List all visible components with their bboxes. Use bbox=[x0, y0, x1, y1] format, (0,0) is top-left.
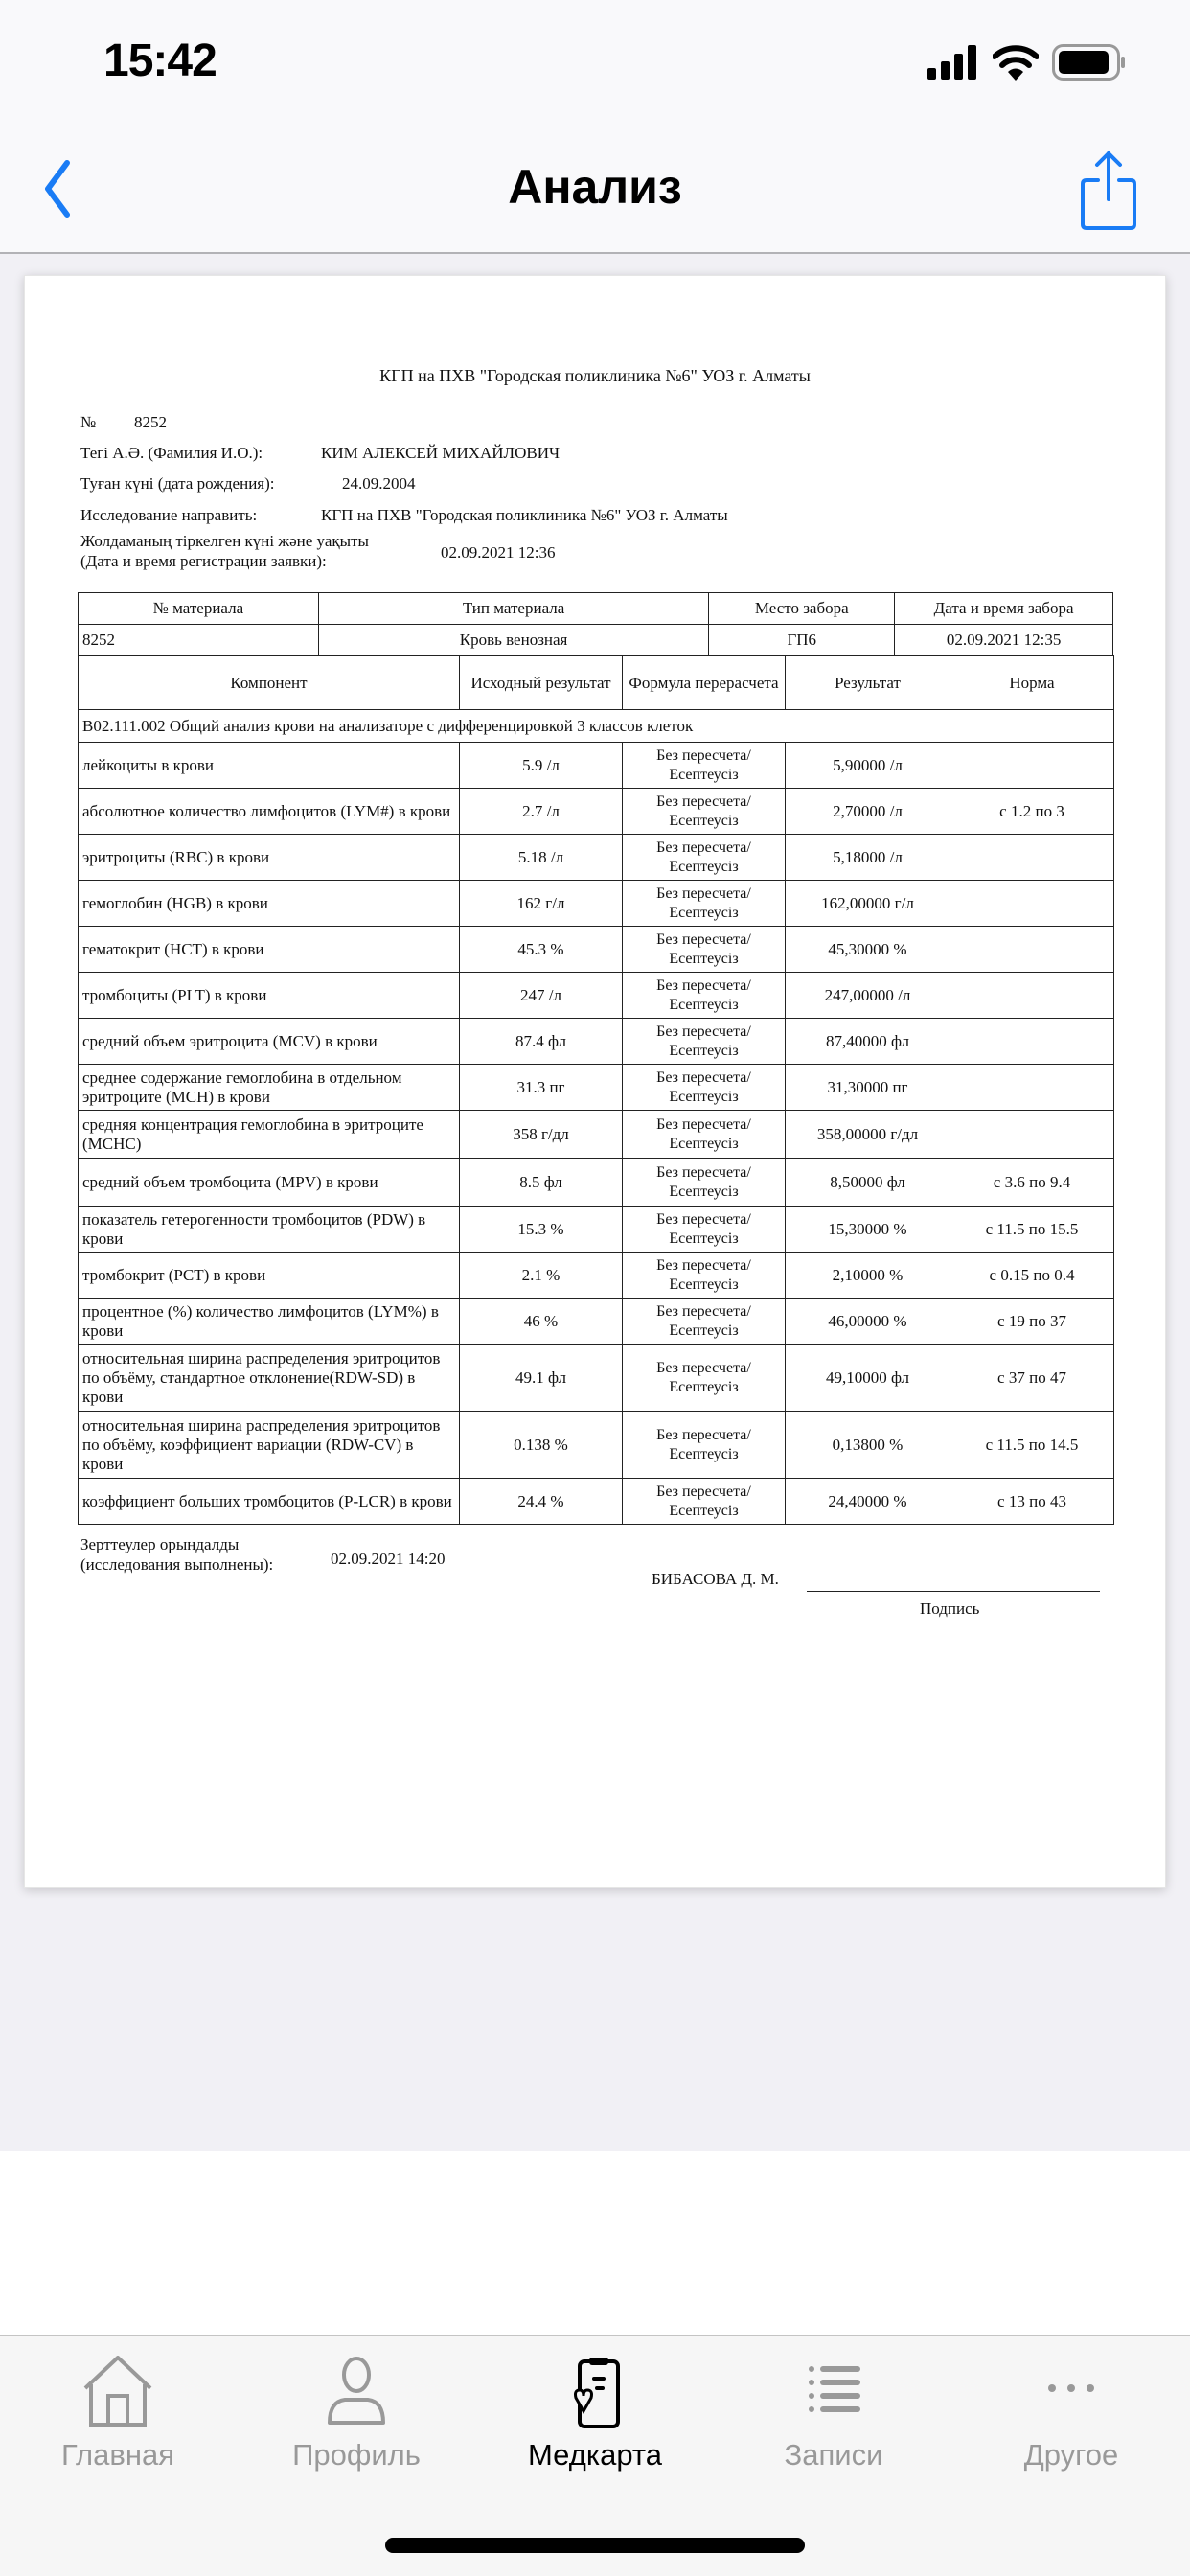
tab-label: Главная bbox=[12, 2438, 223, 2472]
component-name: показатель гетерогенности тромбоцитов (P… bbox=[79, 1207, 460, 1253]
tab-medcard[interactable]: Медкарта bbox=[490, 2356, 700, 2472]
result-value: 15,30000 % bbox=[786, 1207, 950, 1253]
tab-profile[interactable]: Профиль bbox=[251, 2356, 462, 2472]
registration-label-2: (Дата и время регистрации заявки): bbox=[80, 552, 327, 571]
norm-range bbox=[950, 1111, 1114, 1159]
header-cell: Тип материала bbox=[318, 593, 709, 625]
direct-label: Исследование направить: bbox=[80, 506, 257, 525]
header-cell: Норма bbox=[950, 656, 1114, 710]
result-value: 358,00000 г/дл bbox=[786, 1111, 950, 1159]
result-row: средняя концентрация гемоглобина в эритр… bbox=[79, 1111, 1114, 1159]
component-name: средний объем тромбоцита (MPV) в крови bbox=[79, 1159, 460, 1207]
result-row: гематокрит (HCT) в крови45.3 %Без пересч… bbox=[79, 927, 1114, 973]
raw-result: 358 г/дл bbox=[460, 1111, 623, 1159]
component-name: гематокрит (HCT) в крови bbox=[79, 927, 460, 973]
norm-range: с 1.2 по 3 bbox=[950, 789, 1114, 835]
norm-range: с 19 по 37 bbox=[950, 1299, 1114, 1345]
header-cell: Место забора bbox=[709, 593, 895, 625]
raw-result: 2.7 /л bbox=[460, 789, 623, 835]
raw-result: 162 г/л bbox=[460, 881, 623, 927]
document-viewer[interactable]: КГП на ПХВ "Городская поликлиника №6" УО… bbox=[0, 254, 1190, 2151]
tab-label: Записи bbox=[728, 2438, 939, 2472]
registration-value: 02.09.2021 12:36 bbox=[441, 543, 555, 563]
recalc-formula: Без пересчета/Есептеусіз bbox=[623, 881, 786, 927]
component-name: средний объем эритроцита (MCV) в крови bbox=[79, 1019, 460, 1065]
material-row: 8252 Кровь венозная ГП6 02.09.2021 12:35 bbox=[79, 625, 1113, 656]
status-icons bbox=[927, 44, 1127, 80]
section-row: B02.111.002 Общий анализ крови на анализ… bbox=[79, 710, 1114, 743]
results-header-row: Компонент Исходный результат Формула пер… bbox=[79, 656, 1114, 710]
norm-range: с 3.6 по 9.4 bbox=[950, 1159, 1114, 1207]
share-button[interactable] bbox=[1077, 149, 1140, 232]
result-value: 247,00000 /л bbox=[786, 973, 950, 1019]
norm-range bbox=[950, 973, 1114, 1019]
recalc-formula: Без пересчета/Есептеусіз bbox=[623, 1159, 786, 1207]
result-row: коэффициент больших тромбоцитов (P-LCR) … bbox=[79, 1479, 1114, 1525]
navigation-bar: Анализ bbox=[0, 125, 1190, 254]
raw-result: 45.3 % bbox=[460, 927, 623, 973]
completed-label: Зерттеулер орындалды (исследования выпол… bbox=[80, 1534, 273, 1575]
direct-value: КГП на ПХВ "Городская поликлиника №6" УО… bbox=[321, 506, 728, 525]
result-row: показатель гетерогенности тромбоцитов (P… bbox=[79, 1207, 1114, 1253]
result-row: относительная ширина распределения эритр… bbox=[79, 1345, 1114, 1412]
raw-result: 247 /л bbox=[460, 973, 623, 1019]
component-name: среднее содержание гемоглобина в отдельн… bbox=[79, 1065, 460, 1111]
results-table: Компонент Исходный результат Формула пер… bbox=[78, 655, 1114, 1525]
result-value: 31,30000 пг bbox=[786, 1065, 950, 1111]
recalc-formula: Без пересчета/Есептеусіз bbox=[623, 835, 786, 881]
raw-result: 5.18 /л bbox=[460, 835, 623, 881]
result-value: 162,00000 г/л bbox=[786, 881, 950, 927]
tab-home[interactable]: Главная bbox=[12, 2356, 223, 2472]
home-icon bbox=[80, 2356, 156, 2428]
tab-label: Другое bbox=[966, 2438, 1177, 2472]
header-cell: Компонент bbox=[79, 656, 460, 710]
medical-card-icon bbox=[557, 2356, 633, 2428]
raw-result: 0.138 % bbox=[460, 1412, 623, 1479]
raw-result: 46 % bbox=[460, 1299, 623, 1345]
component-name: коэффициент больших тромбоцитов (P-LCR) … bbox=[79, 1479, 460, 1525]
patient-name: КИМ АЛЕКСЕЙ МИХАЙЛОВИЧ bbox=[321, 444, 560, 463]
collection-datetime: 02.09.2021 12:35 bbox=[895, 625, 1113, 656]
wifi-icon bbox=[993, 44, 1039, 80]
recalc-formula: Без пересчета/Есептеусіз bbox=[623, 927, 786, 973]
raw-result: 5.9 /л bbox=[460, 743, 623, 789]
raw-result: 15.3 % bbox=[460, 1207, 623, 1253]
number-value: 8252 bbox=[134, 413, 167, 432]
status-bar: 15:42 bbox=[0, 0, 1190, 125]
recalc-formula: Без пересчета/Есептеусіз bbox=[623, 1345, 786, 1412]
home-indicator[interactable] bbox=[385, 2538, 805, 2553]
material-type: Кровь венозная bbox=[318, 625, 709, 656]
result-value: 8,50000 фл bbox=[786, 1159, 950, 1207]
tab-records[interactable]: Записи bbox=[728, 2356, 939, 2472]
share-icon bbox=[1077, 149, 1140, 232]
signature-label: Подпись bbox=[920, 1599, 979, 1619]
raw-result: 8.5 фл bbox=[460, 1159, 623, 1207]
completed-label-line-1: Зерттеулер орындалды bbox=[80, 1534, 273, 1554]
result-value: 5,18000 /л bbox=[786, 835, 950, 881]
result-value: 2,10000 % bbox=[786, 1253, 950, 1299]
result-value: 49,10000 фл bbox=[786, 1345, 950, 1412]
raw-result: 24.4 % bbox=[460, 1479, 623, 1525]
collection-place: ГП6 bbox=[709, 625, 895, 656]
result-row: тромбоциты (PLT) в крови247 /лБез пересч… bbox=[79, 973, 1114, 1019]
section-title: B02.111.002 Общий анализ крови на анализ… bbox=[79, 710, 1114, 743]
number-label: № bbox=[80, 413, 96, 432]
result-row: средний объем тромбоцита (MPV) в крови8.… bbox=[79, 1159, 1114, 1207]
result-value: 5,90000 /л bbox=[786, 743, 950, 789]
result-value: 45,30000 % bbox=[786, 927, 950, 973]
recalc-formula: Без пересчета/Есептеусіз bbox=[623, 1412, 786, 1479]
result-row: гемоглобин (HGB) в крови162 г/лБез перес… bbox=[79, 881, 1114, 927]
result-value: 0,13800 % bbox=[786, 1412, 950, 1479]
result-row: тромбокрит (PCT) в крови2.1 %Без пересче… bbox=[79, 1253, 1114, 1299]
material-header-row: № материала Тип материала Место забора Д… bbox=[79, 593, 1113, 625]
recalc-formula: Без пересчета/Есептеусіз bbox=[623, 789, 786, 835]
component-name: средняя концентрация гемоглобина в эритр… bbox=[79, 1111, 460, 1159]
result-row: лейкоциты в крови5.9 /лБез пересчета/Есе… bbox=[79, 743, 1114, 789]
completed-label-line-2: (исследования выполнены): bbox=[80, 1554, 273, 1575]
recalc-formula: Без пересчета/Есептеусіз bbox=[623, 1065, 786, 1111]
raw-result: 87.4 фл bbox=[460, 1019, 623, 1065]
norm-range: с 13 по 43 bbox=[950, 1479, 1114, 1525]
result-row: средний объем эритроцита (MCV) в крови87… bbox=[79, 1019, 1114, 1065]
organization-title: КГП на ПХВ "Городская поликлиника №6" УО… bbox=[25, 366, 1165, 386]
header-cell: Формула перерасчета bbox=[623, 656, 786, 710]
result-row: абсолютное количество лимфоцитов (LYM#) … bbox=[79, 789, 1114, 835]
result-value: 2,70000 /л bbox=[786, 789, 950, 835]
norm-range: с 0.15 по 0.4 bbox=[950, 1253, 1114, 1299]
component-name: эритроциты (RBC) в крови bbox=[79, 835, 460, 881]
status-time: 15:42 bbox=[103, 34, 217, 87]
result-value: 46,00000 % bbox=[786, 1299, 950, 1345]
header-cell: Результат bbox=[786, 656, 950, 710]
norm-range bbox=[950, 1065, 1114, 1111]
component-name: абсолютное количество лимфоцитов (LYM#) … bbox=[79, 789, 460, 835]
component-name: относительная ширина распределения эритр… bbox=[79, 1345, 460, 1412]
header-cell: Дата и время забора bbox=[895, 593, 1113, 625]
raw-result: 49.1 фл bbox=[460, 1345, 623, 1412]
battery-icon bbox=[1052, 44, 1127, 80]
norm-range bbox=[950, 743, 1114, 789]
signer-name: БИБАСОВА Д. М. bbox=[652, 1570, 779, 1589]
completed-datetime: 02.09.2021 14:20 bbox=[331, 1550, 445, 1569]
header-cell: Исходный результат bbox=[460, 656, 623, 710]
tab-label: Профиль bbox=[251, 2438, 462, 2472]
result-row: среднее содержание гемоглобина в отдельн… bbox=[79, 1065, 1114, 1111]
norm-range bbox=[950, 881, 1114, 927]
raw-result: 2.1 % bbox=[460, 1253, 623, 1299]
cellular-signal-icon bbox=[927, 45, 979, 80]
component-name: лейкоциты в крови bbox=[79, 743, 460, 789]
signature-line bbox=[807, 1591, 1100, 1592]
name-label: Тегі А.Ә. (Фамилия И.О.): bbox=[80, 444, 263, 463]
registration-label-1: Жолдаманың тіркелген күні және уақыты bbox=[80, 532, 369, 551]
component-name: тромбокрит (PCT) в крови bbox=[79, 1253, 460, 1299]
norm-range bbox=[950, 927, 1114, 973]
component-name: гемоглобин (HGB) в крови bbox=[79, 881, 460, 927]
dob-value: 24.09.2004 bbox=[342, 474, 416, 494]
recalc-formula: Без пересчета/Есептеусіз bbox=[623, 1479, 786, 1525]
person-icon bbox=[318, 2356, 395, 2428]
component-name: процентное (%) количество лимфоцитов (LY… bbox=[79, 1299, 460, 1345]
spacer bbox=[0, 2151, 1190, 2334]
tab-label: Медкарта bbox=[490, 2438, 700, 2472]
recalc-formula: Без пересчета/Есептеусіз bbox=[623, 973, 786, 1019]
result-value: 87,40000 фл bbox=[786, 1019, 950, 1065]
recalc-formula: Без пересчета/Есептеусіз bbox=[623, 1019, 786, 1065]
norm-range: с 11.5 по 14.5 bbox=[950, 1412, 1114, 1479]
material-number: 8252 bbox=[79, 625, 319, 656]
page-title: Анализ bbox=[0, 159, 1190, 215]
norm-range bbox=[950, 1019, 1114, 1065]
norm-range: с 11.5 по 15.5 bbox=[950, 1207, 1114, 1253]
norm-range: с 37 по 47 bbox=[950, 1345, 1114, 1412]
recalc-formula: Без пересчета/Есептеусіз bbox=[623, 1207, 786, 1253]
material-table: № материала Тип материала Место забора Д… bbox=[78, 592, 1113, 656]
document-page: КГП на ПХВ "Городская поликлиника №6" УО… bbox=[24, 275, 1166, 1888]
result-row: относительная ширина распределения эритр… bbox=[79, 1412, 1114, 1479]
result-value: 24,40000 % bbox=[786, 1479, 950, 1525]
recalc-formula: Без пересчета/Есептеусіз bbox=[623, 1253, 786, 1299]
result-row: процентное (%) количество лимфоцитов (LY… bbox=[79, 1299, 1114, 1345]
tab-other[interactable]: Другое bbox=[966, 2356, 1177, 2472]
component-name: тромбоциты (PLT) в крови bbox=[79, 973, 460, 1019]
raw-result: 31.3 пг bbox=[460, 1065, 623, 1111]
list-icon bbox=[795, 2356, 872, 2428]
result-row: эритроциты (RBC) в крови5.18 /лБез перес… bbox=[79, 835, 1114, 881]
recalc-formula: Без пересчета/Есептеусіз bbox=[623, 1299, 786, 1345]
recalc-formula: Без пересчета/Есептеусіз bbox=[623, 743, 786, 789]
dob-label: Туған күні (дата рождения): bbox=[80, 474, 275, 494]
more-icon bbox=[1033, 2356, 1110, 2428]
norm-range bbox=[950, 835, 1114, 881]
recalc-formula: Без пересчета/Есептеусіз bbox=[623, 1111, 786, 1159]
component-name: относительная ширина распределения эритр… bbox=[79, 1412, 460, 1479]
header-cell: № материала bbox=[79, 593, 319, 625]
